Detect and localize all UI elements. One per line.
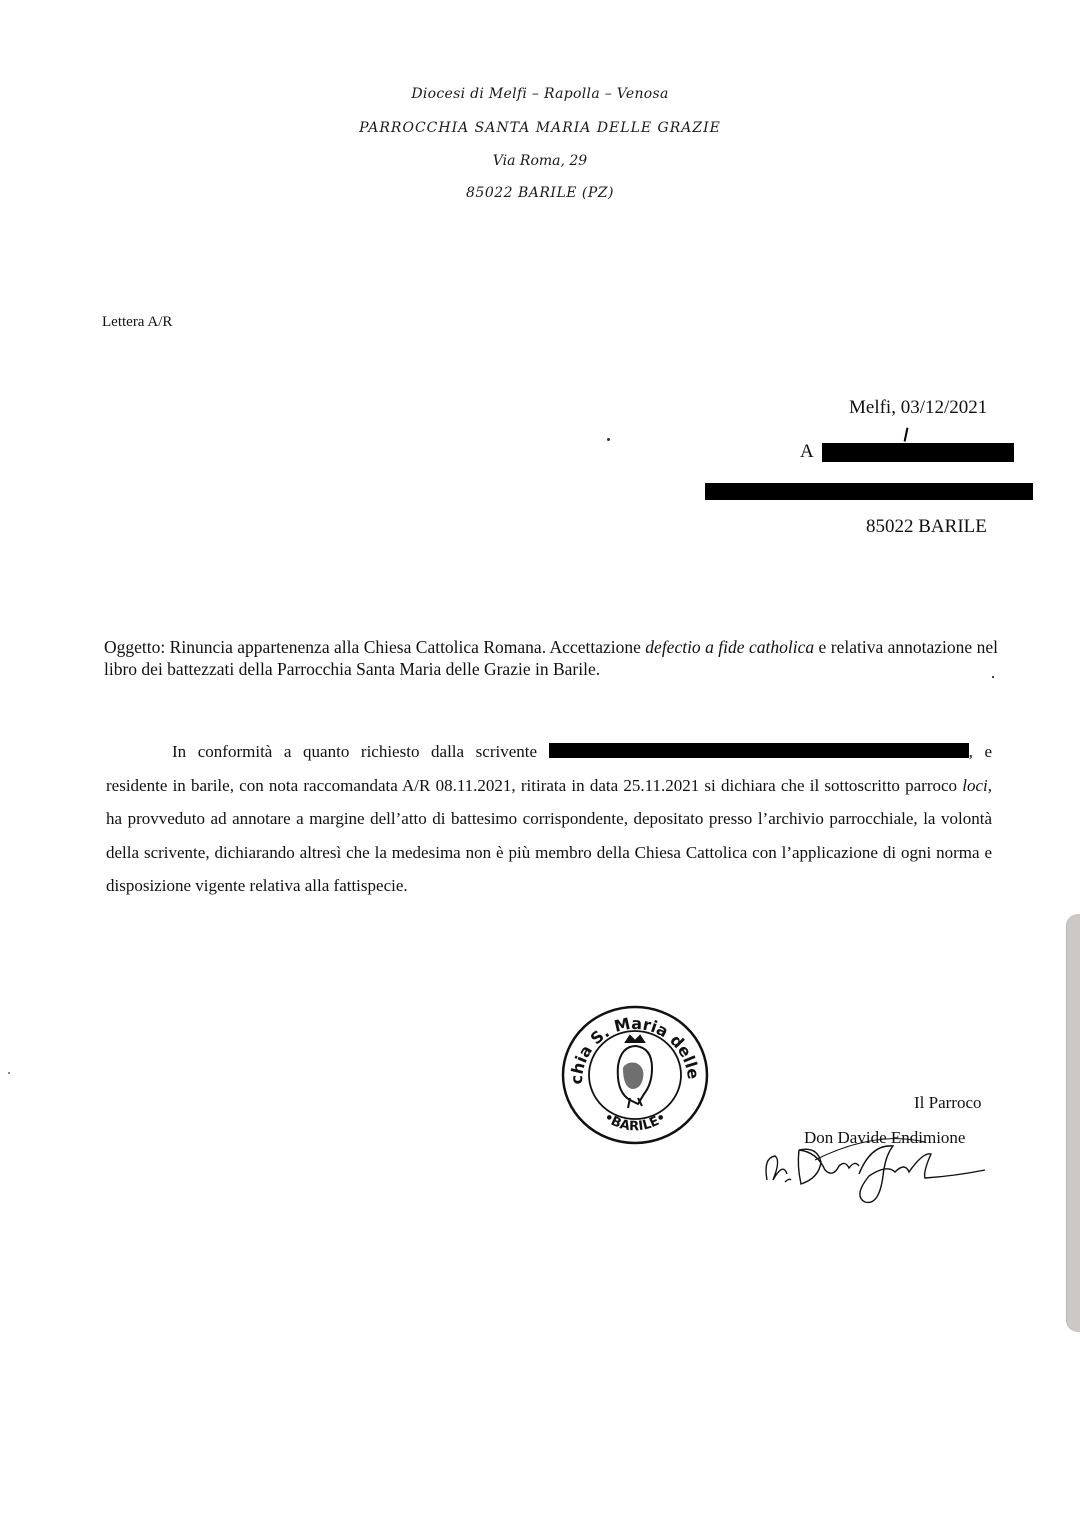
letterhead-diocese: Diocesi di Melfi – Rapolla – Venosa (0, 86, 1080, 102)
scrollbar-thumb[interactable] (1066, 914, 1080, 1332)
stray-mark (607, 438, 610, 441)
recipient-city: 85022 BARILE (866, 516, 987, 538)
recipient-prefix: A (800, 441, 814, 463)
letterhead-parish: PARROCCHIA SANTA MARIA DELLE GRAZIE (0, 120, 1080, 136)
madonna-icon (618, 1036, 652, 1108)
handwritten-signature (755, 1120, 1005, 1210)
letterhead-postal: 85022 BARILE (PZ) (0, 185, 1080, 201)
place-date: Melfi, 03/12/2021 (849, 397, 987, 419)
stamp-bottom-text: •BARILE• (601, 1110, 669, 1134)
recipient-address-redaction (705, 483, 1033, 500)
sender-details-redaction (549, 743, 969, 758)
signature-title: Il Parroco (914, 1093, 982, 1113)
body-paragraph: In conformità a quanto richiesto dalla s… (106, 735, 992, 903)
parish-stamp: Parrocchia S. Maria delle Grazie •BARILE… (560, 1004, 710, 1146)
letter-page: Diocesi di Melfi – Rapolla – Venosa PARR… (0, 0, 1080, 1527)
recipient-name-redaction (822, 443, 1014, 462)
subject-line: Oggetto: Rinuncia appartenenza alla Chie… (104, 636, 998, 680)
letter-type: Lettera A/R (102, 314, 172, 331)
svg-text:•BARILE•: •BARILE• (601, 1110, 669, 1134)
body-part-1: In conformità a quanto richiesto dalla s… (172, 742, 549, 761)
stray-mark (992, 676, 994, 678)
scan-speck (8, 1072, 10, 1074)
subject-lead: Oggetto: Rinuncia appartenenza alla Chie… (104, 637, 645, 657)
recipient-line: A (800, 441, 1014, 463)
subject-latin-phrase: defectio a fide catholica (645, 637, 814, 657)
body-latin-word: loci (962, 776, 988, 795)
letterhead-street: Via Roma, 29 (0, 153, 1080, 169)
